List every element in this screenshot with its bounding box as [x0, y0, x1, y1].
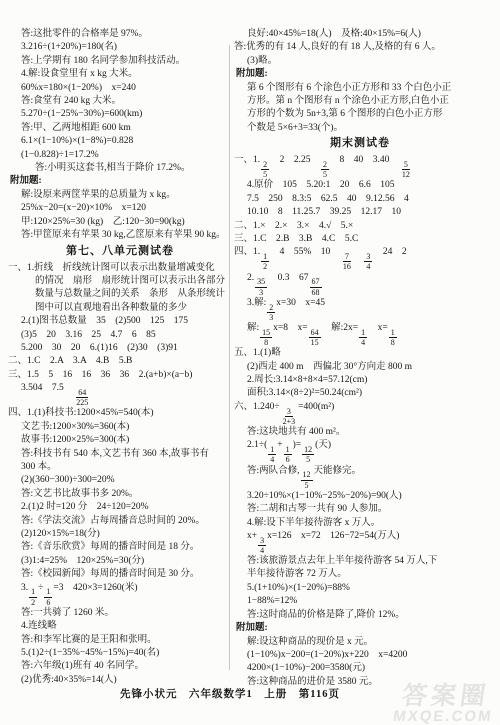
answer-line: x+34x=126 x=72 126−72=54(万人)	[234, 530, 486, 555]
answer-line: 2.353 0.3 676768	[234, 272, 486, 297]
answer-line: 四、1.12 4 55% 10 716 34 24 2	[234, 246, 486, 271]
answer-line: 5.270÷(1−25%−30%)=600(km)	[8, 108, 232, 121]
fraction: 158	[260, 328, 272, 347]
answer-line: (2)西走 400 m 西偏北 30°方向走 800 m	[234, 361, 486, 374]
answer-line: 3.216÷(1+20%)=180(名)	[8, 41, 232, 54]
answer-line: 7.5 250 8.3:5 62.5 40 9.12.56 4	[234, 193, 486, 206]
answer-line: (3)1:4=25% 120×25%=30(分)	[8, 555, 232, 568]
answer-line: 4.解:设食堂里有 x kg 大米。	[8, 68, 232, 81]
answer-line: 良好:40×45%=18(人) 及格:40×15%=6(人)	[234, 28, 486, 41]
answer-line: 6.1×(1−10%)×(1−8%)=0.828	[8, 135, 232, 148]
answer-line: 3.12÷16=3 420×3=1260(米)	[8, 582, 232, 607]
watermark-logo-text: 答案圈	[394, 683, 497, 709]
right-answer-column: 良好:40×45%=18(人) 及格:40×15%=6(人)答:优秀的有 14 …	[234, 28, 486, 689]
answer-line: 解:设原来两筐苹果的总质量为 x kg。	[8, 189, 232, 202]
answer-line: 答:一共骑了 1260 米。	[8, 607, 232, 620]
answer-line: (1−10%)x−200=(1−20%)x+220 x=4200	[234, 649, 486, 662]
fraction: 16	[44, 587, 52, 606]
answer-line: 答:食堂有 240 kg 大米。	[8, 95, 232, 108]
answer-line: 一、1.25 2 2.25 25 8 40 3.40 512	[234, 154, 486, 179]
answer-line: 10.10 8 11.25.7 39.25 12.17 10	[234, 206, 486, 219]
answer-line: 答:科技书有 540 本,文艺书有 360 本,故事书有	[8, 448, 232, 461]
fraction: 125	[302, 445, 314, 464]
answer-line: 4.连线略	[8, 620, 232, 633]
fraction: 512	[400, 160, 412, 179]
answer-line: 第 6 个图形有 6 个涂色小正方形和 33 个白色小正	[234, 82, 486, 95]
answer-line: 答:该旅游景点去年上半年接待游客 54 万人,下	[234, 555, 486, 568]
answer-line: 5.(1+10%)×(1−20%)=88%	[234, 582, 486, 595]
fraction: 34	[258, 536, 266, 555]
fraction: 32+3	[281, 407, 298, 426]
fraction: 12	[29, 587, 37, 606]
answer-line: 附加题:	[234, 68, 486, 81]
answer-line: 答:优秀的有 14 人,良好的有 18 人,及格的有 6 人。	[234, 41, 486, 54]
answer-line: (3)略。	[234, 55, 486, 68]
answer-line: 25%x−20=(x−20)×10% x=120	[8, 202, 232, 215]
answer-line: 附加题:	[234, 622, 486, 635]
answer-line: 答:上学期有 180 名同学参加科技活动。	[8, 55, 232, 68]
answer-line: 个数是 5×6+3=33(个)。	[234, 122, 486, 135]
answer-line: 第七、八单元测试卷	[8, 245, 232, 260]
answer-line: 故事书:1200×25%=300(本)	[8, 434, 232, 447]
answer-line: 数量与总数量之间的关系 条形 从条形统计	[8, 288, 232, 301]
answer-line: (2)120×15%=18(分)	[8, 528, 232, 541]
answer-line: 3.504 7.5 64225	[8, 382, 232, 407]
answer-line: 六、1.240÷32+3=400(m²)	[234, 401, 486, 426]
answer-line: 300 本。	[8, 461, 232, 474]
page-footer: 先锋小状元 六年级数学1 上册 第116页	[0, 686, 460, 701]
answer-line: 三、1.5 5 16 16 36 36 2.(a+b)×(a−b)	[8, 369, 232, 382]
answer-line: 4200×(1−10%)−200=3580(元)	[234, 662, 486, 675]
answer-line: 答:六年级(1)班有 40 名同学。	[8, 660, 232, 673]
answer-line: (1−0.828)÷1=17.2%	[8, 149, 232, 162]
answer-line: 答:甲、乙两地相距 600 km	[8, 122, 232, 135]
answer-line: 文艺书:1200×30%=360(本)	[8, 421, 232, 434]
watermark: 答案圈 MXQE.COM	[392, 683, 497, 725]
answer-line: 答:《音乐欣赏》每周的播音时间是 18 分。	[8, 541, 232, 554]
answer-line: 解:158x=8 x=6415 解:2x=14 x=18	[234, 322, 486, 347]
answer-line: 答:《校园新闻》每周的播音时间是 30 分。	[8, 568, 232, 581]
fraction: 16	[284, 445, 292, 464]
watermark-site-text: MXQE.COM	[392, 709, 494, 725]
answer-line: 答:《学法交流》占每周播音总时间的 20%。	[8, 515, 232, 528]
answer-line: 面积:3.14×(8÷2)²=50.24(cm²)	[234, 387, 486, 400]
answer-line: (3)5 20 3.16 25 4.7 6 85	[8, 329, 232, 342]
answer-line: 答:这时商品的价格是降了,降价 12%。	[234, 609, 486, 622]
fraction: 716	[341, 252, 353, 271]
answer-line: 附加题:	[8, 175, 232, 188]
answer-line: 3.解:23x=30 x=45	[234, 297, 486, 322]
answer-line: 5.200 30 20 6.(1)16 (2)30 (3)91	[8, 342, 232, 355]
answer-line: 半年接待游客 72 万人。	[234, 568, 486, 581]
answer-line: 二、1.× 2.× 3.× 4.√ 5.×	[234, 220, 486, 233]
answer-line: 三、1.C 2.B 3.B 4.C 5.C	[234, 233, 486, 246]
answer-line: 答:两队合修,125天能修完。	[234, 465, 486, 490]
fraction: 34	[364, 252, 372, 271]
answer-book-page: 答:这批零件的合格率是 97%。3.216÷(1+20%)=180(名)答:上学…	[0, 0, 500, 725]
answer-line: 期末测试卷	[234, 137, 486, 152]
answer-line: 1−88%=12%	[234, 595, 486, 608]
fraction: 125	[301, 470, 313, 489]
answer-line: 答:小明买这套书,相当于降价 17.2%。	[8, 162, 232, 175]
fraction: 25	[321, 160, 329, 179]
fraction: 14	[268, 445, 276, 464]
fraction: 6415	[309, 328, 321, 347]
answer-line: 一、1.折线 折线统计图可以表示出数量增减变化	[8, 262, 232, 275]
answer-line: 答:这块地共有 400 m²。	[234, 426, 486, 439]
answer-line: 答:和李军比赛的是王阳和张明。	[8, 634, 232, 647]
fraction: 6768	[310, 277, 322, 296]
answer-line: 四、1.(1)科技书:1200×45%=540(本)	[8, 407, 232, 420]
answer-line: 二、1.C 2.A 3.A 4.B 5.B	[8, 355, 232, 368]
answer-line: 2.(1)2 时=120 分 24÷120=20%	[8, 501, 232, 514]
fraction: 23	[267, 303, 275, 322]
answer-line: 60%x=180×(1−20%) x=240	[8, 82, 232, 95]
answer-line: 3.20÷10%×(1−10%−25%−20%)=90(人)	[234, 490, 486, 503]
answer-line: 答:这批零件的合格率是 97%。	[8, 28, 232, 41]
fraction: 18	[389, 328, 397, 347]
answer-line: (2)(360−300)÷300=20%	[8, 474, 232, 487]
answer-line: 4.原价 105 5.20:1 20 6.6 105	[234, 179, 486, 192]
answer-line: 答:甲筐原来有苹果 30 kg,乙筐原来有苹果 90 kg。	[8, 229, 232, 242]
answer-line: 图中可以直观地看出各种数量的多少	[8, 302, 232, 315]
answer-line: 答:文艺书比故事书多 20%。	[8, 488, 232, 501]
answer-line: 2.1÷(14+16)=125(天)	[234, 439, 486, 464]
answer-line: 的情况 扇形 扇形统计图可以表示出各部分	[8, 275, 232, 288]
answer-line: 2.(1)图书总数量 35 (2)500 125 175	[8, 315, 232, 328]
answer-line: 2.周长:3.14×8+8×4=57.12(cm)	[234, 374, 486, 387]
fraction: 64225	[74, 388, 90, 407]
fraction: 353	[255, 277, 267, 296]
answer-line: 方形的个数为 5n+3,第 6 个图形的白色小正方形	[234, 108, 486, 121]
answer-line: 4.解:设下半年接待游客 x 万人。	[234, 517, 486, 530]
answer-line: 5.(1)2÷(1−35%−45%−15%)=40(名)	[8, 647, 232, 660]
fraction: 12	[261, 252, 269, 271]
answer-line: 方形。第 n 个图形有 n 个涂色小正方形,白色小正	[234, 95, 486, 108]
fraction: 14	[359, 328, 367, 347]
left-answer-column: 答:这批零件的合格率是 97%。3.216÷(1+20%)=180(名)答:上学…	[8, 28, 232, 687]
answer-line: 五、1.(1)略	[234, 347, 486, 360]
answer-line: 解:设这种商品的现价是 x 元。	[234, 636, 486, 649]
fraction: 25	[261, 160, 269, 179]
answer-line: 甲:120×25%=30 (kg) 乙:120−30=90(kg)	[8, 216, 232, 229]
answer-line: 答:二胡和古琴一共有 90 人参加。	[234, 503, 486, 516]
